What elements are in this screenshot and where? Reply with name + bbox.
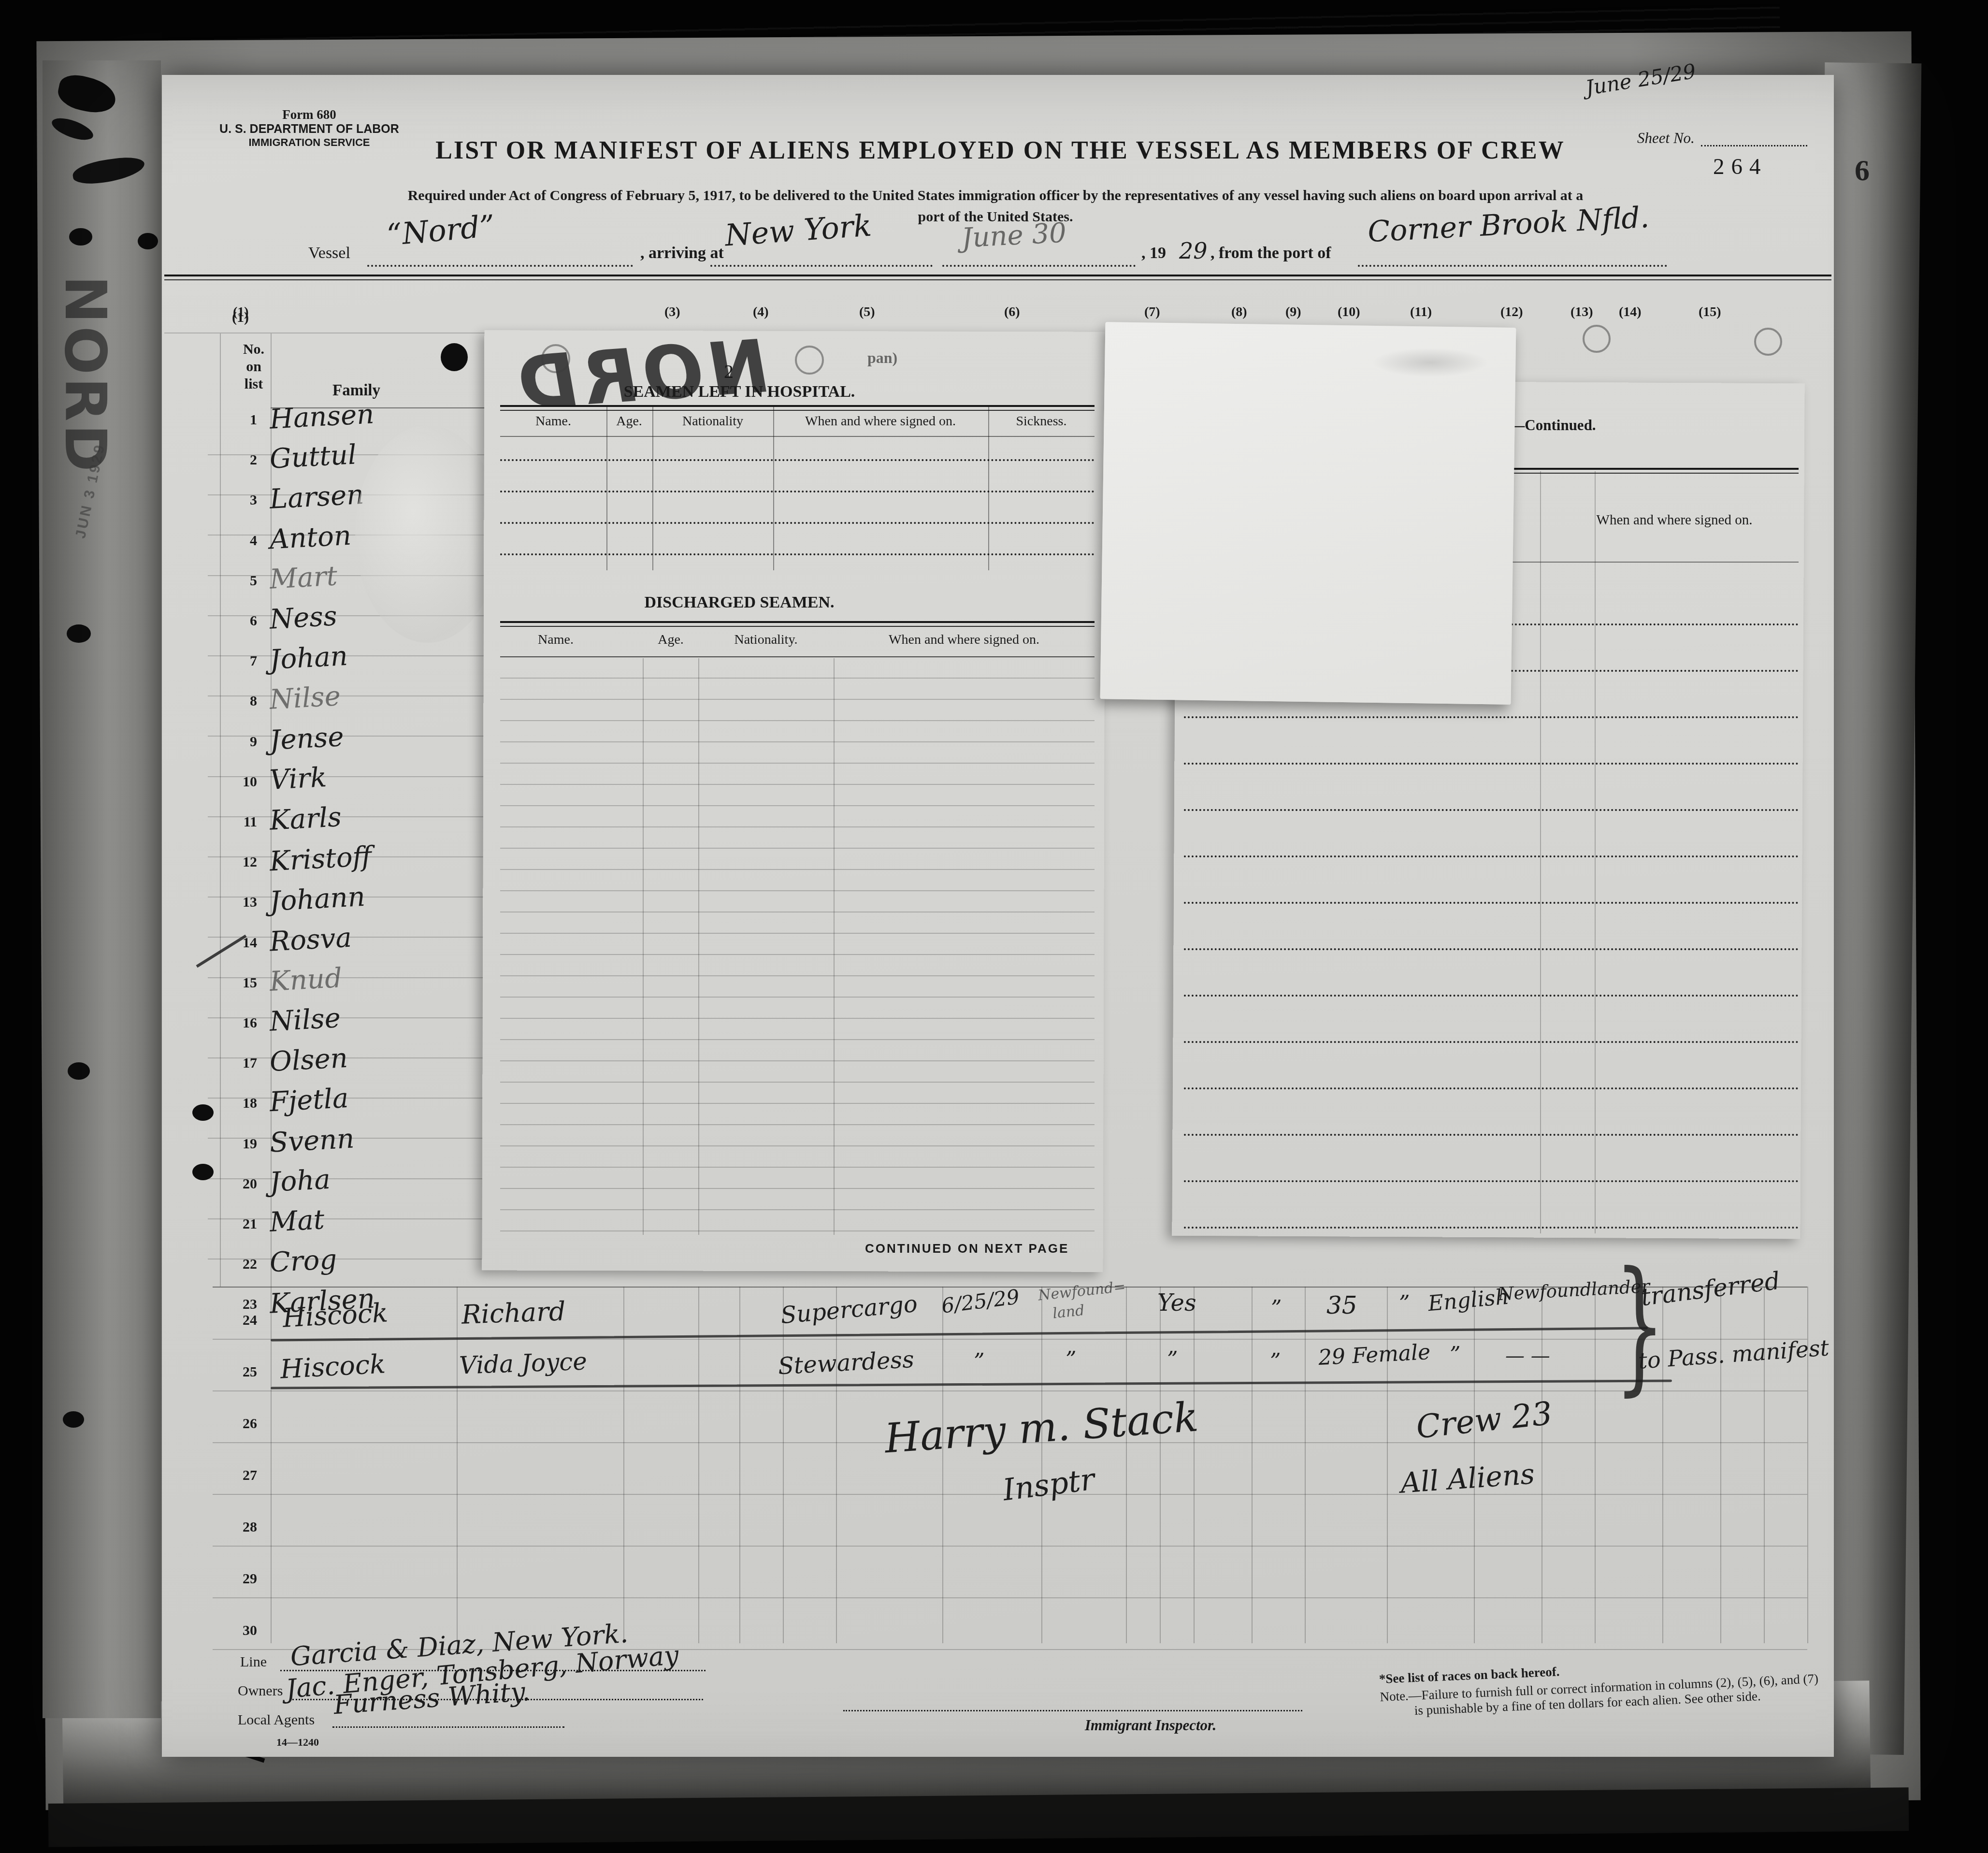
crew-row-number: 3 <box>213 492 257 508</box>
rule-line <box>1184 948 1799 950</box>
punch-hole-outline <box>1583 325 1611 353</box>
grid-vline <box>606 407 607 570</box>
crew-row-number: 13 <box>213 894 257 911</box>
form-header: Form 680 U. S. DEPARTMENT OF LABOR IMMIG… <box>208 107 411 149</box>
crew-row-number: 12 <box>213 854 257 870</box>
rule-line <box>1184 1134 1799 1136</box>
line-label: Line <box>240 1654 267 1670</box>
discharged-top-rule <box>500 621 1095 627</box>
brace: } <box>1614 1253 1665 1398</box>
grid-vline <box>942 1287 943 1643</box>
punch-hole <box>138 233 158 249</box>
rule-line <box>500 869 1095 870</box>
rule-line <box>500 933 1095 934</box>
punch-hole <box>69 228 92 246</box>
crew-row-number: 8 <box>213 693 257 709</box>
left-top-line <box>164 333 488 333</box>
rule-line <box>1184 716 1799 718</box>
grid-vline <box>739 1287 740 1643</box>
rule-line <box>500 763 1095 764</box>
crew-row-name: Fjetla <box>269 1083 349 1118</box>
rule-line <box>500 1188 1095 1189</box>
column-number: (13) <box>1570 304 1593 320</box>
crew-row-number: 30 <box>213 1622 257 1639</box>
crew-row-number: 17 <box>213 1055 257 1071</box>
crew-row-number: 6 <box>213 613 257 629</box>
grid-vline <box>1595 1287 1596 1643</box>
rule-line <box>500 1231 1095 1231</box>
blank-note-paper <box>1100 322 1516 705</box>
rule-line <box>1184 1227 1799 1229</box>
page-title: LIST OR MANIFEST OF ALIENS EMPLOYED ON T… <box>435 136 1566 165</box>
punch-hole <box>63 1411 84 1428</box>
rule-line <box>1184 1180 1799 1182</box>
rule-line <box>500 997 1095 998</box>
discharged-column-header: When and where signed on. <box>882 632 1046 648</box>
given-name: Vida Joyce <box>459 1347 588 1379</box>
owners-label: Owners <box>238 1683 283 1699</box>
discharged-title: DISCHARGED SEAMEN. <box>570 594 908 612</box>
rule-line <box>1184 995 1799 997</box>
column-number: (1) <box>233 304 249 320</box>
punch-hole <box>441 343 468 371</box>
crew-row-name: Svenn <box>269 1123 355 1158</box>
crew-row-number: 26 <box>213 1416 257 1432</box>
discharged-head-rule <box>500 656 1095 657</box>
subtitle-line1: Required under Act of Congress of Februa… <box>227 188 1764 204</box>
grid-vline <box>1041 1287 1042 1643</box>
arriving-label: , arriving at <box>640 244 724 262</box>
column-number: (9) <box>1285 304 1301 320</box>
ditto-mark: ” <box>1271 1296 1282 1321</box>
crew-row-name: Guttul <box>269 439 357 475</box>
grid-vline <box>783 1287 784 1643</box>
sheet-no-value: 264 <box>1713 154 1768 180</box>
grid-vline <box>1595 471 1596 1233</box>
port-label: , from the port of <box>1210 244 1331 262</box>
discharged-column-header: Nationality. <box>684 632 848 648</box>
no-on-list-label: No. on list <box>227 341 280 393</box>
inspector-label: Immigrant Inspector. <box>1085 1717 1216 1734</box>
crew-row-number: 4 <box>213 533 257 549</box>
crew-row-name: Karls <box>269 801 342 837</box>
crew-row-number: 23 <box>213 1296 257 1313</box>
crew-row-name: Mart <box>269 560 338 595</box>
rule-line <box>1184 1087 1799 1089</box>
crew-row-name: Johann <box>269 881 366 917</box>
overlay-sheet-hospital <box>482 330 1105 1272</box>
grid-vline <box>623 1287 624 1643</box>
rule-line <box>213 1390 1807 1391</box>
page2-number: 2 <box>724 360 734 383</box>
column-number: (3) <box>664 304 680 320</box>
punch-hole-outline <box>795 346 824 375</box>
crew-row-name: Anton <box>269 520 352 555</box>
column-number: (4) <box>753 304 769 320</box>
rule-line <box>500 1124 1095 1125</box>
rule-line <box>1184 855 1799 857</box>
column-number: (15) <box>1699 304 1721 320</box>
crew-row-number: 24 <box>213 1312 257 1329</box>
hospital-column-header: Nationality <box>631 414 795 429</box>
crew-row-number: 15 <box>213 975 257 991</box>
edge-page-number: 6 <box>1855 154 1870 188</box>
crew-row-number: 22 <box>213 1256 257 1273</box>
note-smudge <box>1372 348 1488 377</box>
column-number: (5) <box>859 304 875 320</box>
grid-vline <box>457 1287 458 1643</box>
rule-line <box>500 1167 1095 1168</box>
punch-hole <box>192 1104 214 1121</box>
crew-row-name: Johan <box>269 640 348 676</box>
grid-vline <box>698 658 699 1235</box>
rule-line <box>500 1039 1095 1040</box>
crew-row-number: 20 <box>213 1176 257 1192</box>
rule-line <box>500 1145 1095 1146</box>
crew-row-name: Knud <box>269 962 343 998</box>
punch-hole <box>67 624 91 643</box>
grid-vline <box>1160 1287 1161 1643</box>
crew-row-number: 10 <box>213 774 257 790</box>
rule-line <box>1184 763 1799 765</box>
crew-row-name: Nilse <box>269 681 341 716</box>
rule-line <box>500 459 1095 461</box>
rule-line <box>500 975 1095 976</box>
rule-line <box>500 699 1095 700</box>
crew-row-name: Olsen <box>269 1042 348 1078</box>
sheet-no-line <box>1701 145 1807 146</box>
dash-marks: — — <box>1505 1345 1550 1367</box>
ditto-mark: ” <box>1450 1343 1461 1367</box>
rule-line <box>500 912 1095 912</box>
grid-vline <box>834 658 835 1235</box>
crew-row-name: Crog <box>269 1244 337 1279</box>
ditto-mark: ” <box>1066 1347 1077 1372</box>
hospital-column-header: Sickness. <box>959 414 1124 429</box>
crew-row-number: 29 <box>213 1571 257 1587</box>
crew-row-name: Nilse <box>269 1002 341 1038</box>
crew-row-name: Ness <box>269 600 338 635</box>
family-header: Family <box>332 382 380 400</box>
grid-vline <box>836 1287 837 1643</box>
crew-row-name: Joha <box>269 1164 331 1198</box>
nord-bleedthrough: NORD <box>506 325 776 427</box>
grid-vline <box>643 658 644 1235</box>
grid-vline <box>988 407 989 570</box>
crew-row-number: 16 <box>213 1015 257 1031</box>
form-code: 14—1240 <box>276 1736 319 1749</box>
crew-row-name: Virk <box>269 762 327 796</box>
crew-row-number: 21 <box>213 1216 257 1232</box>
continued-footer: CONTINUED ON NEXT PAGE <box>865 1241 1069 1256</box>
column-number: (12) <box>1500 304 1523 320</box>
grid-vline <box>1387 1287 1388 1643</box>
list-label: list <box>227 376 280 393</box>
ditto-mark: ” <box>1167 1347 1178 1372</box>
column-number: (8) <box>1231 304 1247 320</box>
grid-vline <box>1720 1287 1721 1643</box>
crew-row-number: 25 <box>213 1364 257 1380</box>
punch-hole-outline <box>1754 328 1782 356</box>
literate-yes: Yes <box>1157 1289 1196 1317</box>
date-line <box>942 265 1136 267</box>
ditto-mark: ” <box>1270 1349 1281 1374</box>
bleed-pan: pan) <box>867 349 897 367</box>
form-number: Form 680 <box>208 107 411 122</box>
crew-row-number: 5 <box>213 573 257 589</box>
rule-line <box>500 890 1095 891</box>
no-label: No. <box>227 341 280 358</box>
grid-vline <box>773 407 774 570</box>
crew-row-name: Hansen <box>269 398 375 435</box>
department-name: U. S. DEPARTMENT OF LABOR <box>208 122 411 136</box>
rule-line <box>500 954 1095 955</box>
hospital-title: SEAMEN LEFT IN HOSPITAL. <box>570 383 908 401</box>
family-name: Hiscock <box>282 1297 389 1333</box>
grid-vline <box>1541 1287 1542 1643</box>
column-number: (10) <box>1338 304 1360 320</box>
rule-line <box>500 784 1095 785</box>
agents-label: Local Agents <box>238 1712 315 1728</box>
rule-line <box>500 848 1095 849</box>
on-label: on <box>227 358 280 376</box>
arriving-line <box>710 265 933 267</box>
column-number: (11) <box>1410 304 1432 320</box>
rule-line <box>500 1060 1095 1061</box>
crew-row-name: Kristoff <box>269 841 372 878</box>
grid-vline <box>1194 1287 1195 1643</box>
punch-hole-outline <box>541 344 570 373</box>
rule-line <box>500 1209 1095 1210</box>
column-number: (7) <box>1144 304 1160 320</box>
rule-line <box>500 805 1095 806</box>
rule-line <box>500 1103 1095 1104</box>
column-number: (14) <box>1619 304 1642 320</box>
grid-vline <box>1252 1287 1253 1643</box>
age-value: 35 <box>1326 1291 1357 1319</box>
port-line <box>1358 265 1667 267</box>
crew-row-number: 2 <box>213 452 257 468</box>
grid-vline <box>1540 471 1541 1233</box>
given-name: Richard <box>461 1296 566 1330</box>
agents-rule <box>332 1726 564 1728</box>
rule-line <box>213 1546 1807 1547</box>
crew-row-number: 18 <box>213 1095 257 1112</box>
ditto-mark: ” <box>1399 1291 1410 1316</box>
crew-row-number: 1 <box>213 412 257 428</box>
rule-line <box>213 1597 1807 1598</box>
vessel-label: Vessel <box>308 244 350 262</box>
rule-line <box>500 491 1095 492</box>
grid-vline <box>1126 1287 1127 1643</box>
date-value: June 30 <box>961 217 1067 254</box>
crew-row-number: 28 <box>213 1519 257 1535</box>
punch-hole <box>68 1062 90 1080</box>
crew-row-number: 7 <box>213 653 257 669</box>
rule-line <box>1184 809 1799 811</box>
sheet-no-label: Sheet No. <box>1637 130 1695 147</box>
rule-line <box>500 1018 1095 1019</box>
crew-row-name: Mat <box>269 1204 325 1238</box>
ditto-mark: ” <box>974 1349 985 1374</box>
header-rule <box>164 275 1831 280</box>
rule-line <box>500 553 1095 555</box>
rule-line <box>500 741 1095 742</box>
grid-vline <box>652 407 653 570</box>
crew-row-number: 9 <box>213 734 257 750</box>
hospital-top-rule <box>500 405 1095 411</box>
crew-row-number: 27 <box>213 1467 257 1484</box>
crew-row-number: 19 <box>213 1136 257 1152</box>
rule-line <box>500 522 1095 524</box>
rule-line <box>500 1082 1095 1083</box>
hospital-column-header: When and where signed on. <box>798 414 963 429</box>
vessel-line <box>367 265 633 267</box>
rule-line <box>500 720 1095 721</box>
service-name: IMMIGRATION SERVICE <box>208 136 411 149</box>
hospital-head-rule <box>500 436 1095 437</box>
rule-line <box>1184 1041 1799 1043</box>
crew-row-number: 11 <box>213 814 257 830</box>
crew-row-name: Larsen <box>269 479 364 515</box>
grid-vline <box>698 1287 699 1643</box>
column-number: (6) <box>1004 304 1020 320</box>
year-label: , 19 <box>1141 244 1166 262</box>
year-value: 29 <box>1179 238 1208 264</box>
scanned-manifest-photo: NORD JUN 3 1929 Form 680 U. S. DEPARTMEN… <box>0 0 1988 1853</box>
family-name: Hiscock <box>280 1348 387 1384</box>
rule-line <box>500 678 1095 679</box>
grid-vline <box>1305 1287 1306 1643</box>
crew-row-name: Jense <box>269 721 345 756</box>
crew-row-name: Rosva <box>269 922 352 957</box>
rule-line <box>500 826 1095 827</box>
rule-line <box>1184 902 1799 904</box>
crew-row-number: 14 <box>213 935 257 951</box>
paper-curl <box>355 425 500 643</box>
inspector-rule <box>843 1710 1302 1711</box>
